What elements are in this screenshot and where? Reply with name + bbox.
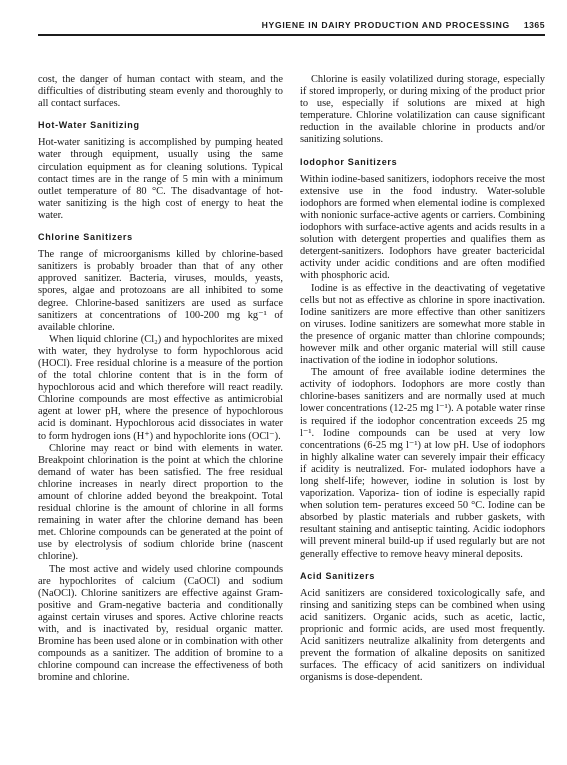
paragraph-chlorine-3: Chlorine may react or bind with elements… [38, 443, 283, 564]
heading-hot-water-sanitizing: Hot-Water Sanitizing [38, 119, 283, 131]
paragraph-hot-water: Hot-water sanitizing is accomplished by … [38, 137, 283, 222]
paragraph-acid-1: Acid sanitizers are considered toxicolog… [300, 588, 545, 685]
heading-iodophor-sanitizers: Iodophor Sanitizers [300, 156, 545, 168]
heading-chlorine-sanitizers: Chlorine Sanitizers [38, 231, 283, 243]
paragraph-iodophor-3: The amount of free available iodine dete… [300, 367, 545, 561]
paragraph-chlorine-5: Chlorine is easily volatilized during st… [300, 74, 545, 147]
book-page: HYGIENE IN DAIRY PRODUCTION AND PROCESSI… [0, 0, 567, 765]
left-column: cost, the danger of human contact with s… [38, 74, 283, 685]
paragraph-chlorine-2: When liquid chlorine (Cl₂) and hypochlor… [38, 334, 283, 443]
two-column-body: cost, the danger of human contact with s… [38, 74, 545, 685]
right-column: Chlorine is easily volatilized during st… [300, 74, 545, 685]
paragraph-iodophor-1: Within iodine-based sanitizers, iodophor… [300, 174, 545, 283]
paragraph-iodophor-2: Iodine is as effective in the deactivati… [300, 283, 545, 368]
heading-acid-sanitizers: Acid Sanitizers [300, 570, 545, 582]
running-header-title: HYGIENE IN DAIRY PRODUCTION AND PROCESSI… [262, 20, 510, 30]
paragraph-chlorine-1: The range of microorganisms killed by ch… [38, 249, 283, 334]
page-number: 1365 [524, 20, 545, 30]
paragraph-continuation: cost, the danger of human contact with s… [38, 74, 283, 110]
running-header: HYGIENE IN DAIRY PRODUCTION AND PROCESSI… [38, 20, 545, 36]
paragraph-chlorine-4: The most active and widely used chlorine… [38, 564, 283, 685]
